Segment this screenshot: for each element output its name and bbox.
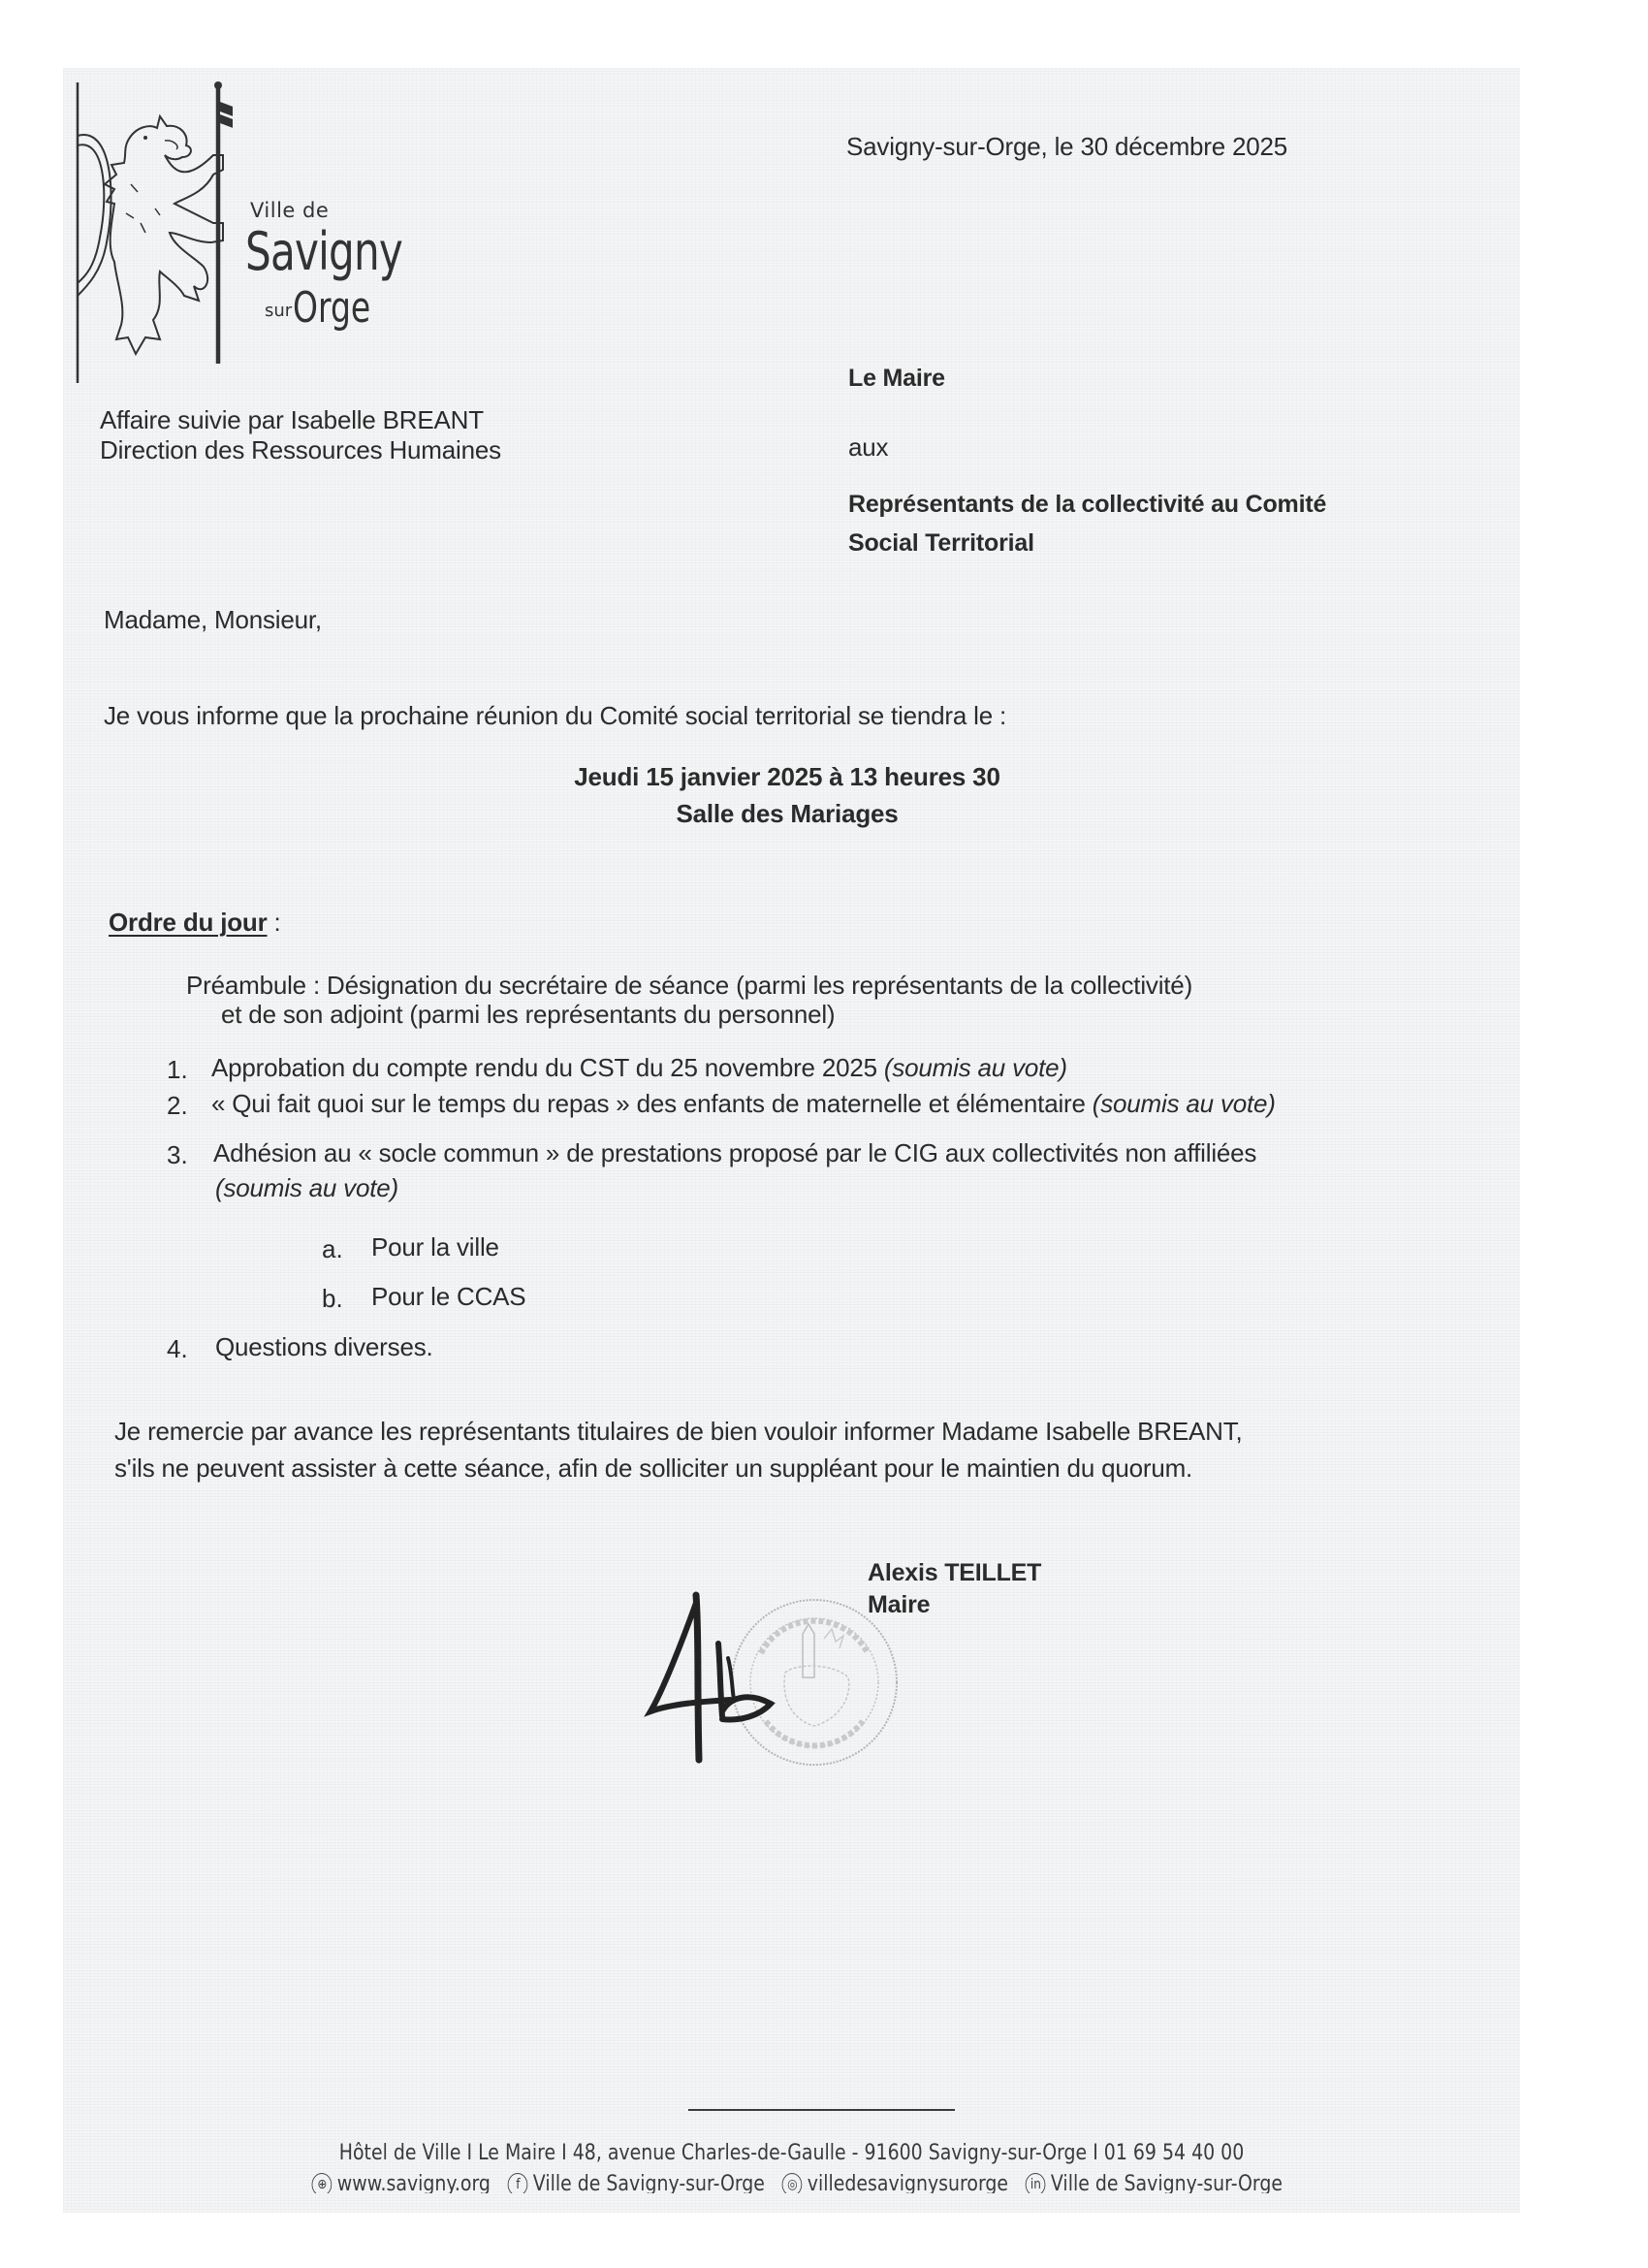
agenda-title: Ordre du jour bbox=[109, 908, 268, 937]
agenda-item-label: Approbation du compte rendu du CST du 25… bbox=[211, 1053, 884, 1082]
agenda-item-label: Questions diverses. bbox=[215, 1334, 433, 1359]
logo-text-savigny: Savigny bbox=[245, 221, 402, 282]
case-handler: Affaire suivie par Isabelle BREANT bbox=[100, 407, 484, 432]
agenda-heading: Ordre du jour : bbox=[109, 910, 281, 935]
vote-note: (soumis au vote) bbox=[215, 1175, 398, 1200]
meeting-datetime: Jeudi 15 janvier 2025 à 13 heures 30 bbox=[63, 764, 1511, 789]
scanned-page: Ville de Savigny sur Orge Savigny-sur-Or… bbox=[63, 68, 1520, 2213]
agenda-colon: : bbox=[268, 908, 281, 937]
place-and-date: Savigny-sur-Orge, le 30 décembre 2025 bbox=[846, 134, 1287, 159]
sender-title: Le Maire bbox=[848, 367, 945, 391]
sub-item-letter: b. bbox=[322, 1284, 343, 1314]
agenda-item-text: Approbation du compte rendu du CST du 25… bbox=[211, 1055, 1067, 1080]
footer-link-instagram[interactable]: ◎villedesavignysurorge bbox=[771, 2172, 1014, 2193]
vote-note: (soumis au vote) bbox=[1093, 1089, 1276, 1118]
logo-text-ville-de: Ville de bbox=[250, 199, 329, 222]
instagram-icon: ◎ bbox=[782, 2173, 803, 2193]
closing-line-2: s'ils ne peuvent assister à cette séance… bbox=[114, 1455, 1192, 1481]
preamble-line-2: et de son adjoint (parmi les représentan… bbox=[221, 1002, 835, 1027]
agenda-item-number: 1. bbox=[167, 1055, 188, 1085]
intro-paragraph: Je vous informe que la prochaine réunion… bbox=[104, 703, 1006, 728]
recipient-prefix: aux bbox=[848, 434, 888, 460]
addressee-line-2: Social Territorial bbox=[848, 531, 1034, 556]
closing-line-1: Je remercie par avance les représentants… bbox=[114, 1419, 1243, 1444]
facebook-icon: f bbox=[508, 2173, 528, 2193]
footer-address: Hôtel de Ville I Le Maire I 48, avenue C… bbox=[165, 2141, 1418, 2165]
agenda-item-number: 4. bbox=[167, 1334, 188, 1364]
footer-links: ⊕www.savigny.org fVille de Savigny-sur-O… bbox=[63, 2172, 1520, 2193]
footer-link-text: www.savigny.org bbox=[337, 2172, 491, 2193]
footer-link-linkedin[interactable]: inVille de Savigny-sur-Orge bbox=[1014, 2172, 1283, 2193]
meeting-place: Salle des Mariages bbox=[63, 801, 1511, 826]
agenda-item-label: Adhésion au « socle commun » de prestati… bbox=[213, 1140, 1256, 1166]
footer-link-text: Ville de Savigny-sur-Orge bbox=[533, 2172, 765, 2193]
sub-item-text: Pour le CCAS bbox=[371, 1284, 525, 1309]
vote-note: (soumis au vote) bbox=[884, 1053, 1067, 1082]
agenda-item-label: « Qui fait quoi sur le temps du repas » … bbox=[211, 1089, 1093, 1118]
department: Direction des Ressources Humaines bbox=[100, 437, 501, 463]
lion-with-banner-icon bbox=[68, 78, 233, 388]
signatory-name: Alexis TEILLET bbox=[868, 1561, 1041, 1585]
logo-text-orge: Orge bbox=[293, 283, 370, 333]
agenda-item-number: 3. bbox=[167, 1140, 188, 1170]
agenda-item-text: « Qui fait quoi sur le temps du repas » … bbox=[211, 1091, 1276, 1116]
addressee-line-1: Représentants de la collectivité au Comi… bbox=[848, 493, 1326, 517]
sub-item-letter: a. bbox=[322, 1234, 343, 1264]
footer-divider bbox=[688, 2109, 955, 2111]
footer-link-text: villedesavignysurorge bbox=[808, 2172, 1008, 2193]
handwritten-signature-icon bbox=[643, 1576, 788, 1770]
logo-text-sur: sur bbox=[265, 301, 292, 321]
linkedin-icon: in bbox=[1026, 2173, 1046, 2193]
footer-link-facebook[interactable]: fVille de Savigny-sur-Orge bbox=[496, 2172, 771, 2193]
footer-link-text: Ville de Savigny-sur-Orge bbox=[1051, 2172, 1283, 2193]
footer-link-website[interactable]: ⊕www.savigny.org bbox=[301, 2172, 496, 2193]
agenda-item-number: 2. bbox=[167, 1091, 188, 1121]
preamble-line-1: Préambule : Désignation du secrétaire de… bbox=[186, 973, 1192, 998]
web-icon: ⊕ bbox=[312, 2173, 333, 2193]
sub-item-text: Pour la ville bbox=[371, 1234, 499, 1260]
salutation: Madame, Monsieur, bbox=[104, 607, 322, 632]
